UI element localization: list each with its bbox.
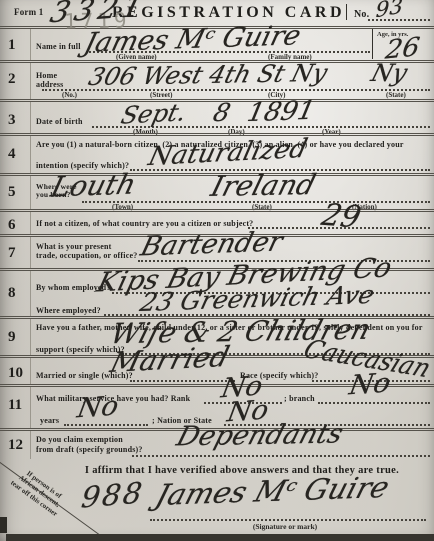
row-divider-line [30,387,31,428]
card-footer: I affirm that I have verified above answ… [0,459,434,541]
no-value: 93 [375,0,403,21]
row-number: 10 [8,365,23,382]
date-of-birth-label: Date of birth [36,117,83,126]
row-number: 2 [8,71,16,88]
name-value: James Mᶜ Guire [82,22,304,56]
row-home-address: 2 Home address (No.) (Street) (City) (St… [0,60,434,99]
registration-card: Form 1 3321 REGISTRATION CARD No. 93 171… [0,0,434,541]
row-exemption: 12 Do you claim exemption from draft (sp… [0,428,434,459]
row-number: 1 [8,37,16,54]
where-employed-value: 23 Greenwich Ave [138,282,377,315]
occupation-value: Bartender [138,229,285,261]
serial-number-handwritten: 3321 [47,0,150,27]
scan-bottom-edge [6,534,434,541]
row-number: 7 [8,245,16,262]
exemption-label-2: from draft (specify grounds)? [36,445,143,454]
occupation-label-2: trade, occupation, or office? [36,251,137,260]
birthplace-town-value: Louth [48,171,139,202]
non-citizen-question: If not a citizen, of what country are yo… [36,219,253,228]
row-number: 11 [8,397,22,414]
birthplace-nation-value: Ireland [208,171,319,201]
form-number-label: Form 1 [14,7,43,17]
exemption-label-1: Do you claim exemption [36,435,123,444]
signature-dotted-line [150,519,426,521]
state-sublabel: (State) [386,91,406,99]
row-divider-line [30,102,31,133]
header-divider [346,4,347,20]
row-divider-line [30,271,31,316]
footer-number: 988 [80,478,146,512]
occupation-label-1: What is your present [36,242,112,251]
row-number: 9 [8,329,16,346]
no-sublabel: (No.) [62,91,77,99]
street-sublabel: (Street) [150,91,172,99]
row-divider-line [30,136,31,173]
row-divider-line [30,431,31,459]
home-address-label-1: Home [36,71,57,80]
row-divider-line [30,176,31,209]
dob-day-value: 8 [211,100,233,125]
card-title: REGISTRATION CARD [112,4,345,22]
citizenship-value: Naturalized [146,136,310,170]
row-divider-line [30,212,31,234]
years-label: years [40,416,59,425]
age-divider-line [372,29,373,59]
dob-month-value: Sept. [119,100,189,127]
years-dotted-line [64,424,148,426]
branch-dotted-line [318,402,430,404]
row-number: 12 [8,437,23,454]
exemption-value: Dependants [174,421,346,451]
row-employer: 8 By whom employed? Kips Bay Brewing Co … [0,268,434,316]
years-value: No [75,393,120,423]
signature-value: James Mᶜ Guire [153,473,393,510]
row-number: 4 [8,146,16,163]
row-divider-line [30,358,31,384]
row-divider-line [30,63,31,99]
row-divider-line [30,29,31,60]
row-divider-line [30,237,31,268]
margin-note-29: 29 [319,201,364,234]
signature-sublabel: (Signature or mark) [200,522,370,531]
row-citizenship: 4 Are you (1) a natural-born citizen, (2… [0,133,434,173]
row-number: 3 [8,112,16,129]
card-header: Form 1 3321 REGISTRATION CARD No. 93 [0,0,434,26]
row-birthplace: 5 Where were you born? (Town) (State) (N… [0,173,434,209]
address-state-value: Ny [369,61,410,85]
row-number: 8 [8,285,16,302]
address-value: 306 West 4th St Ny [86,61,330,89]
row-date-of-birth: 3 Date of birth (Month) (Day) (Year) Sep… [0,99,434,133]
name-label: Name in full [36,42,81,51]
where-employed-label: Where employed? [36,306,101,315]
row-divider-line [30,319,31,355]
row-number: 6 [8,217,16,234]
branch-label: ; branch [284,394,315,403]
branch-value: No [347,370,392,400]
exemption-dotted-line [132,455,430,457]
married-value: Married [108,343,232,377]
dob-year-value: 1891 [245,98,317,126]
married-dotted-line [130,380,235,382]
home-address-label-2: address [36,80,63,89]
scan-edge-mark [0,517,7,533]
row-number: 5 [8,184,16,201]
